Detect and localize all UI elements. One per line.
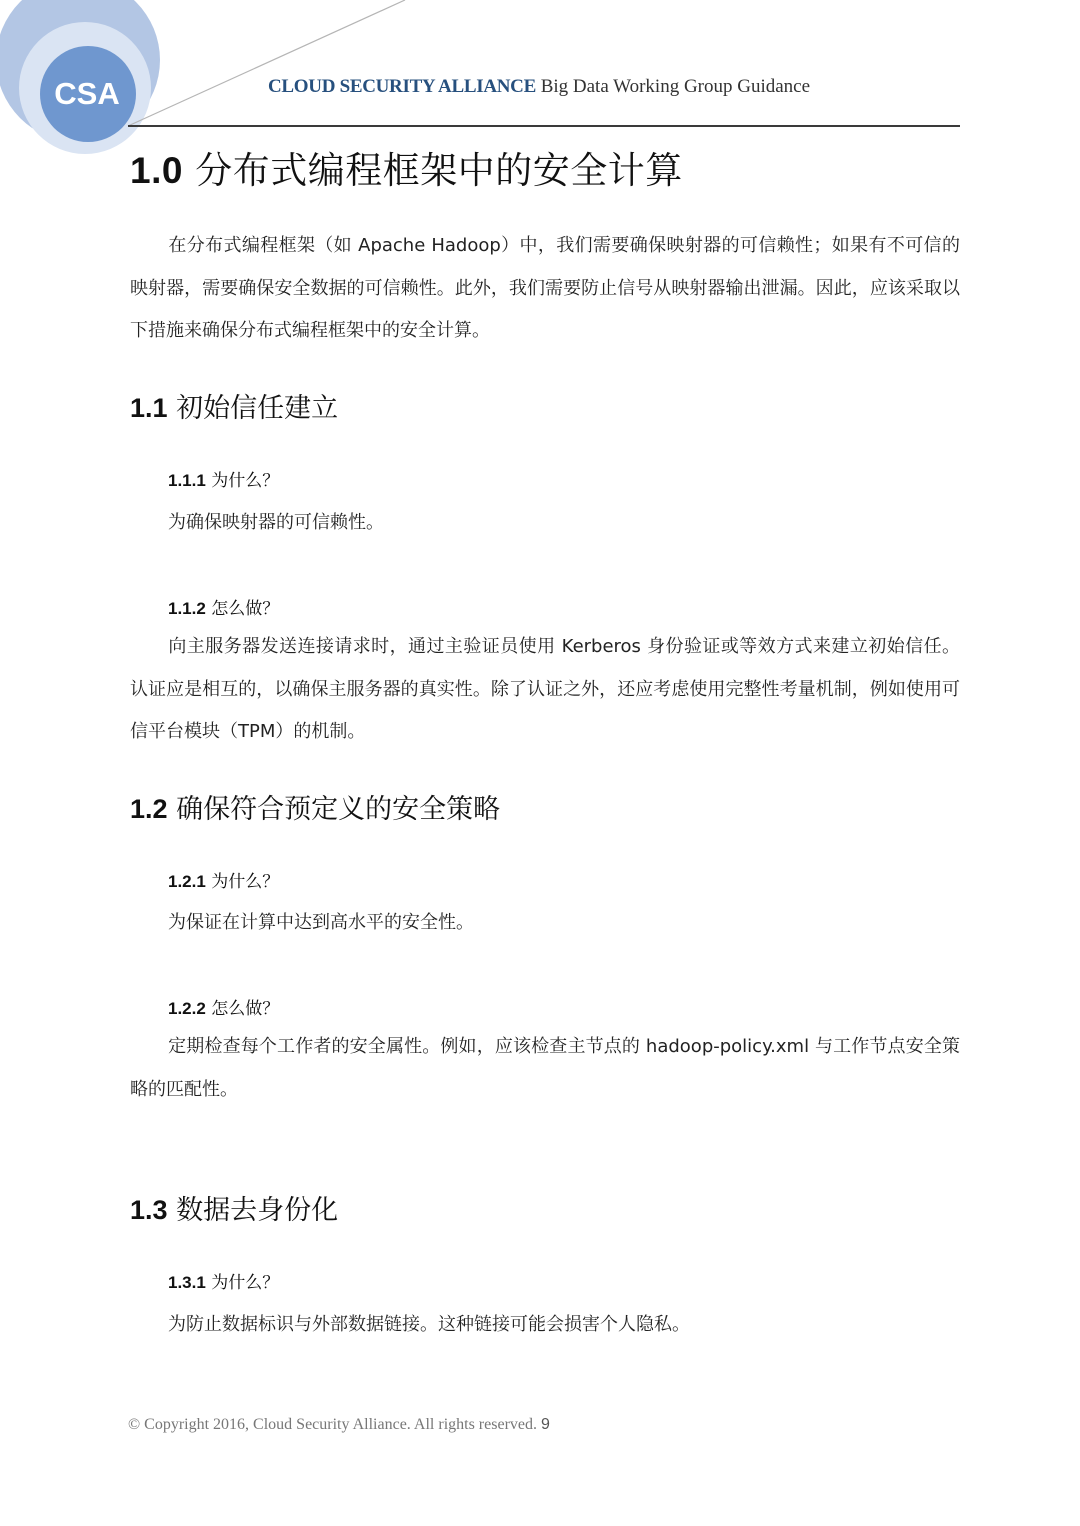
intro-text: 在分布式编程框架（如 Apache Hadoop）中，我们需要确保映射器的可信赖… xyxy=(130,235,960,341)
subsection-number: 1.2.2 xyxy=(168,999,206,1018)
section-heading-1-3: 1.3 数据去身份化 xyxy=(130,1188,338,1227)
page-number: 9 xyxy=(541,1416,550,1433)
section-title: 初始信任建立 xyxy=(176,393,338,424)
subsection-heading-1-1-1: 1.1.1 为什么？ xyxy=(168,466,279,491)
section-number: 1.2 xyxy=(130,794,168,824)
subsection-heading-1-2-2: 1.2.2 怎么做？ xyxy=(168,994,279,1019)
header-organization: CLOUD SECURITY ALLIANCE xyxy=(268,76,536,97)
section-heading-1-1: 1.1 初始信任建立 xyxy=(130,386,338,425)
section-number: 1.1 xyxy=(130,393,168,423)
page-title: 1.0 分布式编程框架中的安全计算 xyxy=(130,140,683,194)
header-rule xyxy=(128,125,960,127)
body-text: 向主服务器发送连接请求时，通过主验证员使用 Kerberos 身份验证或等效方式… xyxy=(130,636,960,742)
subsection-number: 1.1.1 xyxy=(168,471,206,490)
body-text: 定期检查每个工作者的安全属性。例如，应该检查主节点的 hadoop-policy… xyxy=(130,1036,960,1100)
logo-text: CSA xyxy=(54,76,119,111)
section-number: 1.3 xyxy=(130,1195,168,1225)
copyright-text: © Copyright 2016, Cloud Security Allianc… xyxy=(128,1416,537,1433)
subsection-number: 1.3.1 xyxy=(168,1273,206,1292)
subsection-title: 怎么做？ xyxy=(211,999,279,1019)
subsection-body-1-2-1: 为保证在计算中达到高水平的安全性。 xyxy=(168,908,474,934)
subsection-body-1-1-2: 向主服务器发送连接请求时，通过主验证员使用 Kerberos 身份验证或等效方式… xyxy=(130,626,960,754)
section-heading-1-2: 1.2 确保符合预定义的安全策略 xyxy=(130,787,500,826)
section-title: 数据去身份化 xyxy=(176,1195,338,1226)
subsection-title: 为什么？ xyxy=(211,471,279,491)
subsection-body-1-1-1: 为确保映射器的可信赖性。 xyxy=(168,508,384,534)
subsection-body-1-3-1: 为防止数据标识与外部数据链接。这种链接可能会损害个人隐私。 xyxy=(168,1310,690,1336)
csa-logo: CSA xyxy=(0,0,170,160)
page-footer: © Copyright 2016, Cloud Security Allianc… xyxy=(128,1416,550,1434)
subsection-body-1-2-2: 定期检查每个工作者的安全属性。例如，应该检查主节点的 hadoop-policy… xyxy=(130,1026,960,1111)
subsection-title: 为什么？ xyxy=(211,1273,279,1293)
subsection-number: 1.2.1 xyxy=(168,872,206,891)
subsection-heading-1-1-2: 1.1.2 怎么做？ xyxy=(168,594,279,619)
subsection-heading-1-3-1: 1.3.1 为什么？ xyxy=(168,1268,279,1293)
csa-logo-icon: CSA xyxy=(0,0,170,160)
subsection-heading-1-2-1: 1.2.1 为什么？ xyxy=(168,867,279,892)
section-title: 确保符合预定义的安全策略 xyxy=(176,794,500,825)
intro-paragraph: 在分布式编程框架（如 Apache Hadoop）中，我们需要确保映射器的可信赖… xyxy=(130,225,960,353)
subsection-number: 1.1.2 xyxy=(168,599,206,618)
subsection-title: 怎么做？ xyxy=(211,599,279,619)
subsection-title: 为什么？ xyxy=(211,872,279,892)
running-header: CLOUD SECURITY ALLIANCE Big Data Working… xyxy=(268,76,810,98)
title-text: 分布式编程框架中的安全计算 xyxy=(195,149,683,192)
title-number: 1.0 xyxy=(130,150,183,191)
header-subtitle: Big Data Working Group Guidance xyxy=(541,76,810,97)
